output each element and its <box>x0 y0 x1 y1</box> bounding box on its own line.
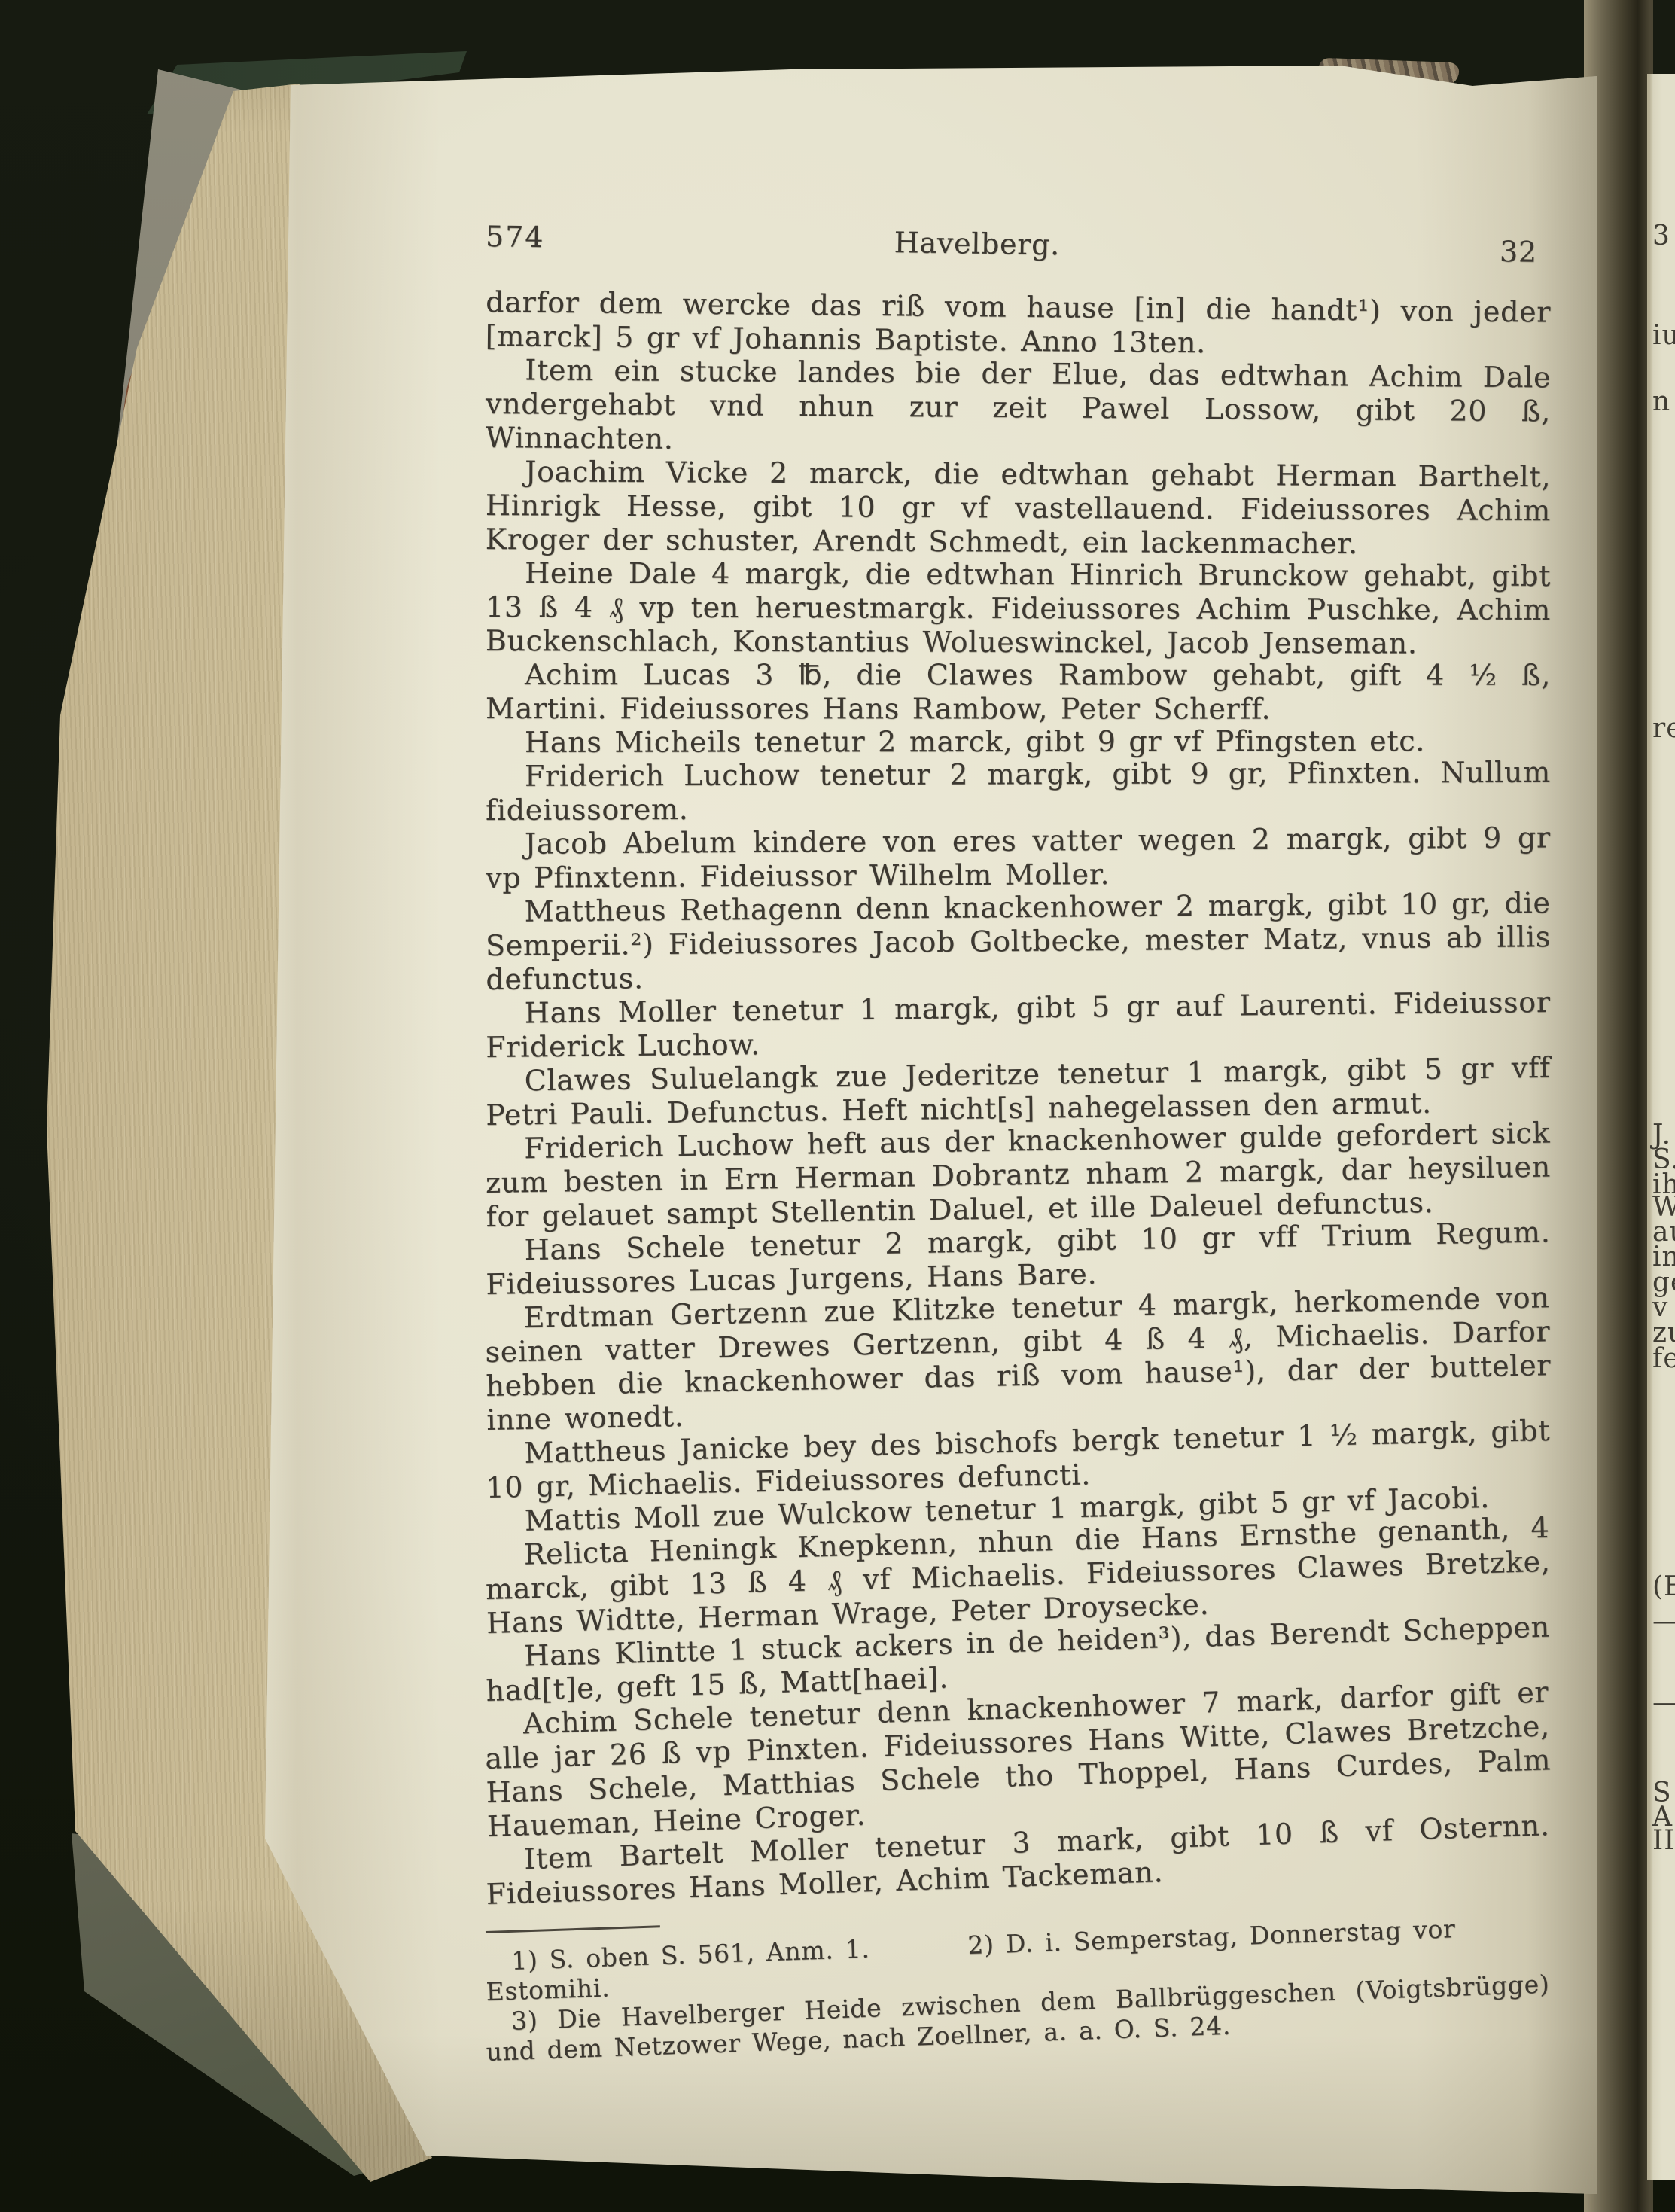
body-paragraph: Friderich Luchow heft aus der knackenhow… <box>485 1117 1552 1234</box>
body-paragraph: darfor dem wercke das riß vom hause [in]… <box>486 285 1552 364</box>
facing-page-fragment: re <box>1652 715 1675 742</box>
page-header: 574 Havelberg. 32 <box>486 220 1552 270</box>
body-paragraph: Item ein stucke landes bie der Elue, das… <box>486 353 1552 462</box>
facing-page-fragment: (E <box>1652 1574 1675 1601</box>
facing-page-fragment: fe <box>1652 1345 1675 1373</box>
facing-page-fragment: 3 <box>1652 223 1670 250</box>
page-text-column: 574 Havelberg. 32 darfor dem wercke das … <box>486 220 1551 2067</box>
footnotes: 1) S. oben S. 561, Anm. 1.2) D. i. Sempe… <box>486 1947 1551 2067</box>
page-number: 574 <box>486 220 545 254</box>
footnote-1: 1) S. oben S. 561, Anm. 1. <box>511 1934 871 1976</box>
body-paragraph: Mattheus Rethagenn denn knackenhower 2 m… <box>485 886 1551 997</box>
running-header: Havelberg. <box>894 226 1060 262</box>
facing-page-fragment: — <box>1652 1689 1675 1717</box>
folio-number: 32 <box>1500 235 1551 270</box>
body-paragraph: Friderich Luchow tenetur 2 margk, gibt 9… <box>486 756 1551 827</box>
facing-page-fragment: iu <box>1652 322 1675 349</box>
body-text: darfor dem wercke das riß vom hause [in]… <box>486 285 1551 1912</box>
body-paragraph: Hans Micheils tenetur 2 marck, gibt 9 gr… <box>486 724 1551 760</box>
facing-page-fragment: — <box>1652 1608 1675 1635</box>
body-paragraph: Jacob Abelum kindere von eres vatter weg… <box>486 821 1552 895</box>
body-paragraph: Achim Lucas 3 ℔, die Clawes Rambow gehab… <box>486 658 1551 727</box>
body-paragraph: Joachim Vicke 2 marck, die edtwhan gehab… <box>486 455 1552 562</box>
facing-page-edge: 3iunreJ.S.ihWauingevzufe(E——SA.II <box>1647 74 1675 2180</box>
body-paragraph: Erdtman Gertzenn zue Klitzke tenetur 4 m… <box>484 1281 1552 1437</box>
footnote-separator <box>486 1925 660 1933</box>
facing-page-fragment: II <box>1652 1827 1675 1854</box>
facing-page-fragment: n <box>1652 388 1670 416</box>
body-paragraph: Heine Dale 4 margk, die edtwhan Hinrich … <box>486 556 1551 661</box>
